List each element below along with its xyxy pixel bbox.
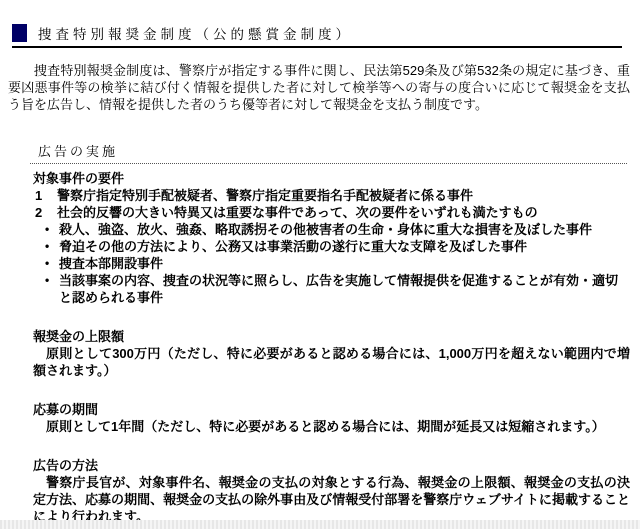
document-page: 捜査特別報奨金制度（公的懸賞金制度） 捜査特別報奨金制度は、警察庁が指定する事件… bbox=[0, 23, 640, 525]
subheading-ad-method: 広告の方法 bbox=[33, 457, 630, 474]
numbered-item-1-text: 警察庁指定特別手配被疑者、警察庁指定重要指名手配被疑者に係る事件 bbox=[57, 187, 630, 204]
bullet-item-effective-appropriate: 当該事案の内容、捜査の状況等に照らし、広告を実施して情報提供を促進することが有効… bbox=[45, 272, 630, 306]
page-title: 捜査特別報奨金制度（公的懸賞金制度） bbox=[38, 23, 353, 43]
reward-max-amount-body: 原則として300万円（ただし、特に必要があると認める場合には、1,000万円を超… bbox=[33, 345, 630, 379]
title-square-marker-icon bbox=[12, 24, 27, 42]
numbered-item-2-number: 2 bbox=[33, 204, 57, 221]
subheading-target-case-requirements: 対象事件の要件 bbox=[33, 170, 630, 187]
bullet-item-murder-robbery: 殺人、強盗、放火、強姦、略取誘拐その他被害者の生命・身体に重大な損害を及ぼした事… bbox=[45, 221, 630, 238]
ad-method-body: 警察庁長官が、対象事件名、報奨金の支払の対象とする行為、報奨金の上限額、報奨金の… bbox=[33, 474, 630, 525]
bullet-item-intimidation: 脅迫その他の方法により、公務又は事業活動の遂行に重大な支障を及ぼした事件 bbox=[45, 238, 630, 255]
application-period-body: 原則として1年間（ただし、特に必要があると認める場合には、期間が延長又は短縮され… bbox=[33, 418, 630, 435]
subheading-application-period: 応募の期間 bbox=[33, 401, 630, 418]
bullet-item-investigation-hq: 捜査本部開設事件 bbox=[45, 255, 630, 272]
numbered-item-1: 1 警察庁指定特別手配被疑者、警察庁指定重要指名手配被疑者に係る事件 bbox=[33, 187, 630, 204]
section-heading-ad-implementation: 広告の実施 bbox=[30, 141, 627, 164]
bottom-separator-band bbox=[0, 520, 640, 529]
requirements-bullet-list: 殺人、強盗、放火、強姦、略取誘拐その他被害者の生命・身体に重大な損害を及ぼした事… bbox=[33, 221, 630, 306]
numbered-item-2: 2 社会的反響の大きい特異又は重要な事件であって、次の要件をいずれも満たすもの bbox=[33, 204, 630, 221]
numbered-item-1-number: 1 bbox=[33, 187, 57, 204]
page-title-bar: 捜査特別報奨金制度（公的懸賞金制度） bbox=[12, 23, 622, 48]
intro-paragraph: 捜査特別報奨金制度は、警察庁が指定する事件に関し、民法第529条及び第532条の… bbox=[8, 62, 630, 113]
numbered-item-2-text: 社会的反響の大きい特異又は重要な事件であって、次の要件をいずれも満たすもの bbox=[57, 204, 630, 221]
section-content: 対象事件の要件 1 警察庁指定特別手配被疑者、警察庁指定重要指名手配被疑者に係る… bbox=[33, 170, 630, 525]
subheading-reward-max-amount: 報奨金の上限額 bbox=[33, 328, 630, 345]
